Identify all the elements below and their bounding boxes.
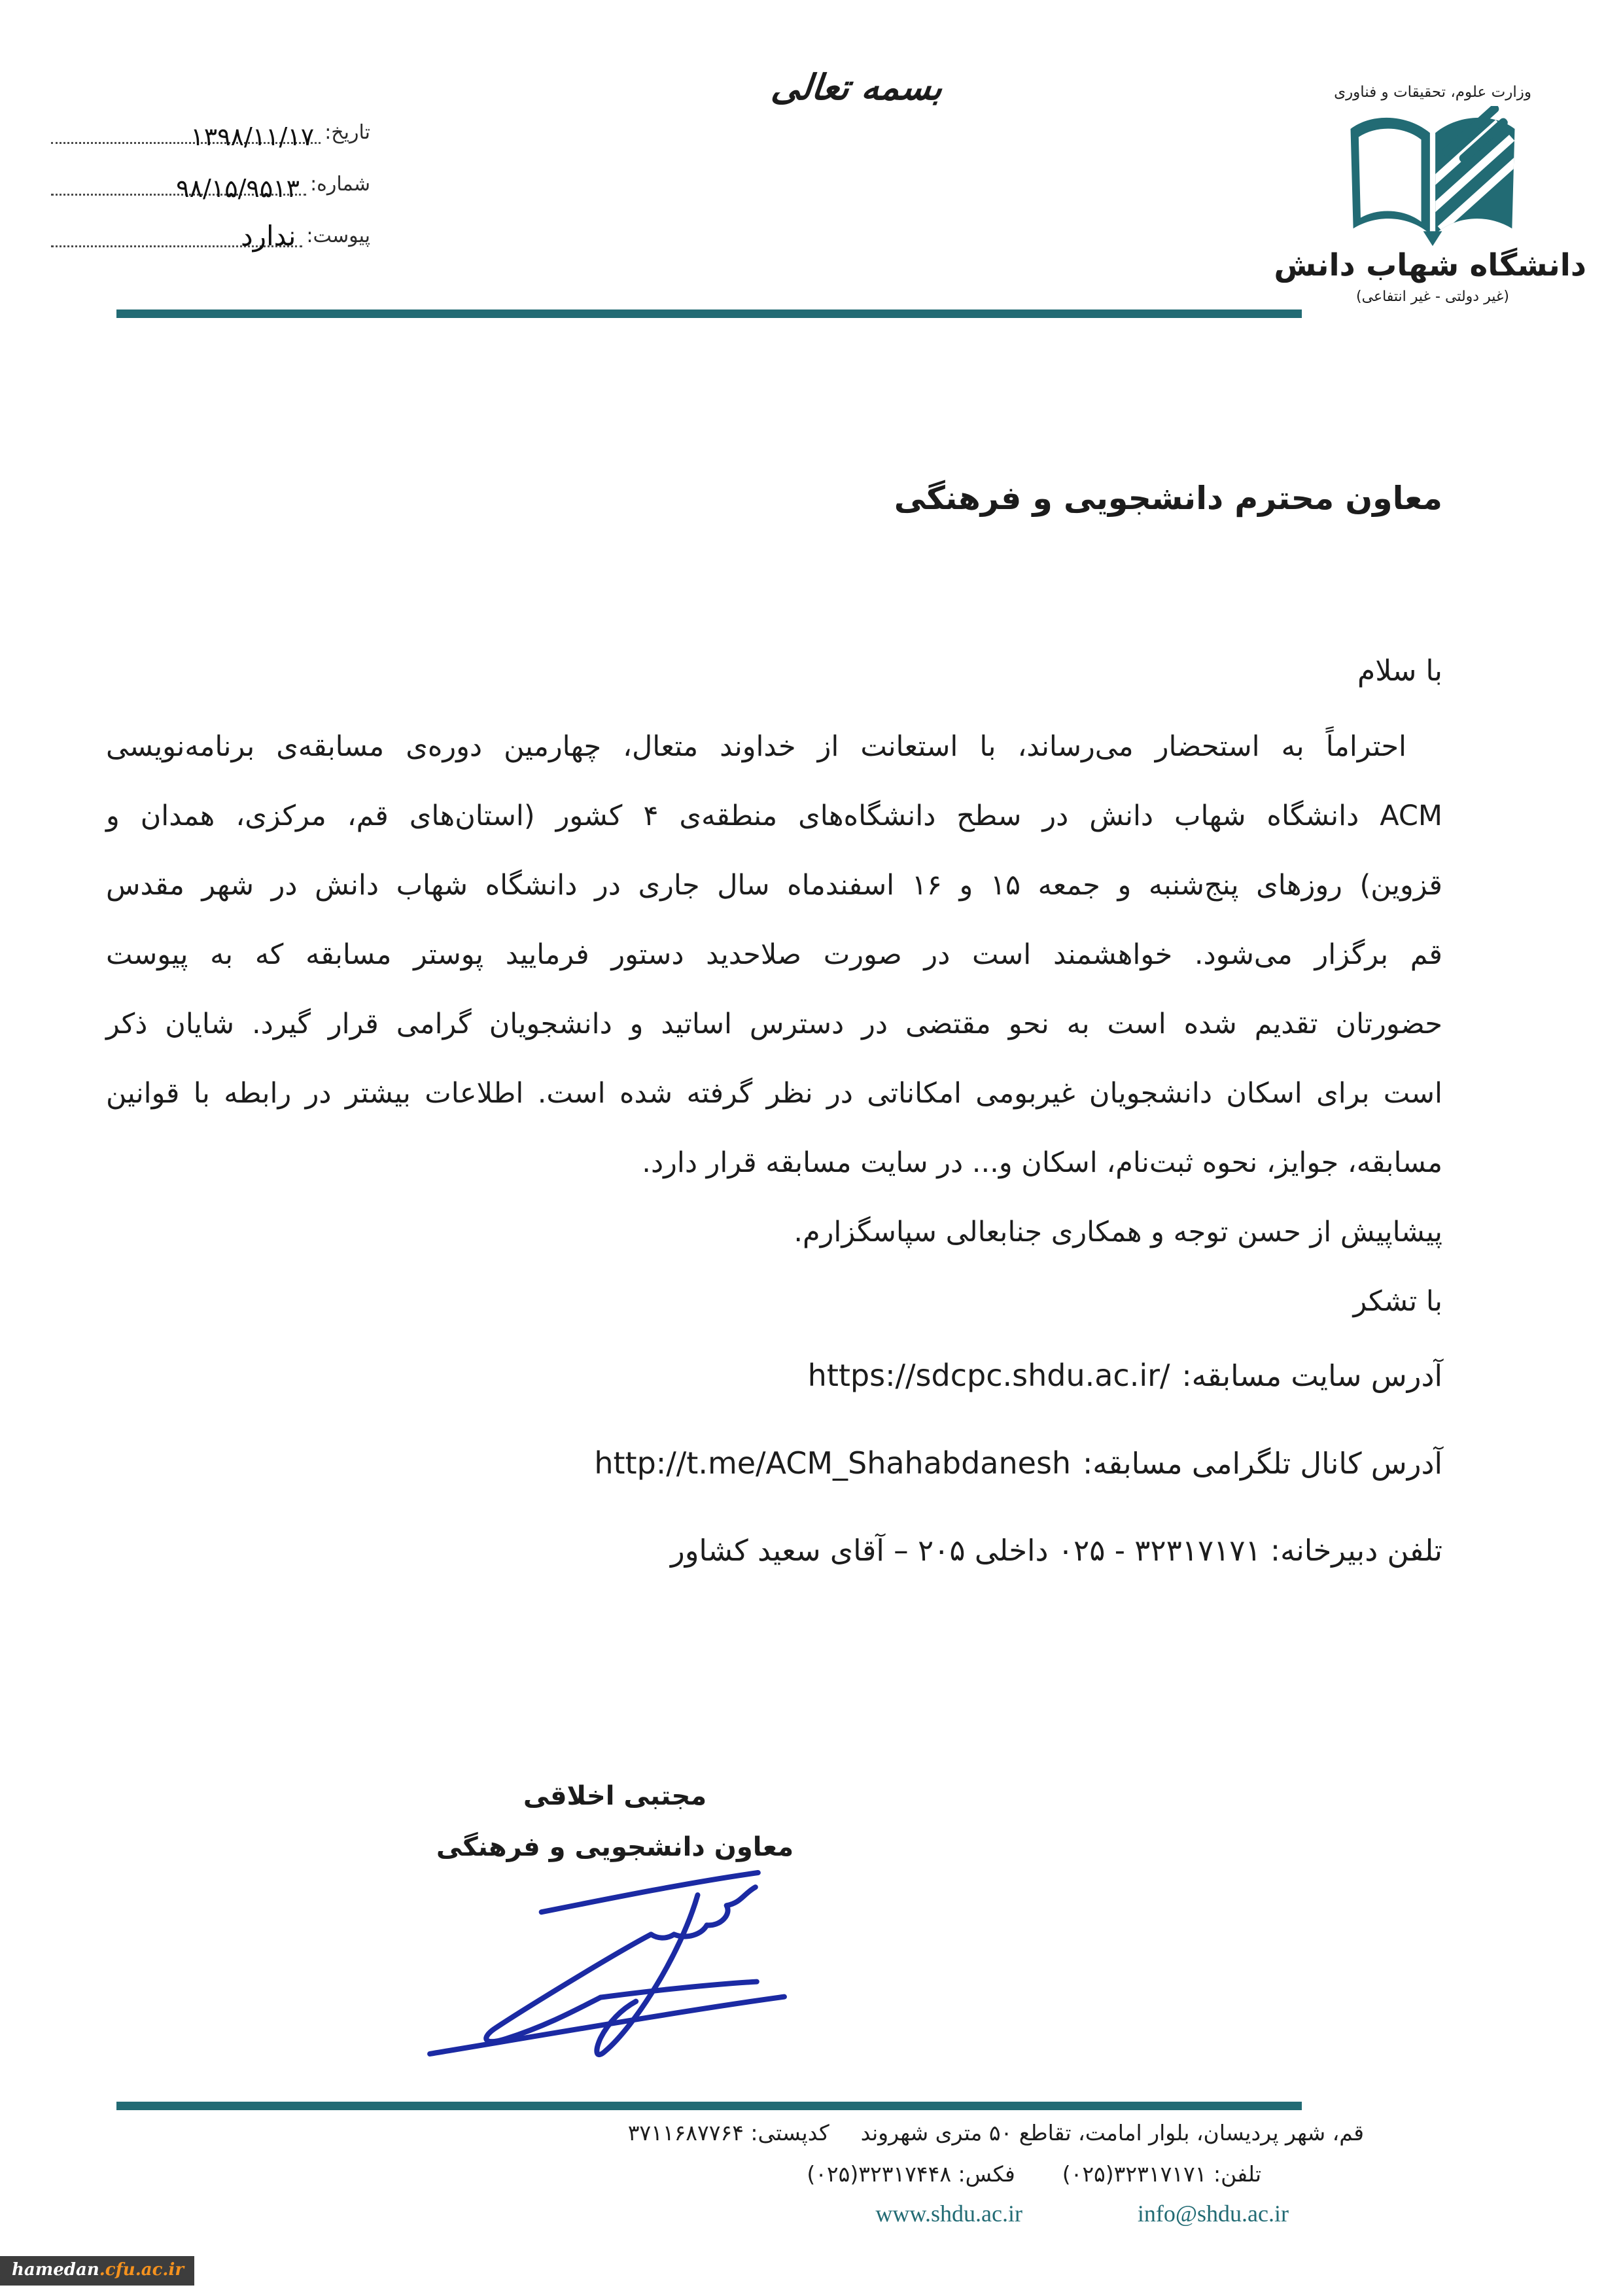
- footer-fax: فکس: ۳۲۳۱۷۴۴۸(۰۲۵): [807, 2161, 1015, 2187]
- watermark-site-name: hamedan: [12, 2260, 99, 2280]
- footer-phone-line: تلفن: ۳۲۳۱۷۱۷۱(۰۲۵) فکس: ۳۲۳۱۷۴۴۸(۰۲۵): [807, 2161, 1261, 2187]
- date-value: ۱۳۹۸/۱۱/۱۷: [190, 122, 314, 151]
- attachment-field: پیوست: ندارد: [51, 207, 370, 247]
- attachment-value: ندارد: [241, 220, 296, 252]
- letter-document: تاریخ: ۱۳۹۸/۱۱/۱۷ شماره: ۹۸/۱۵/۹۵۱۳ پیوس…: [0, 0, 1623, 2296]
- footer-email: info@shdu.ac.ir: [1138, 2200, 1289, 2227]
- telegram-channel-label: آدرس کانال تلگرامی مسابقه:: [1083, 1446, 1442, 1481]
- attachment-dotted-line: ندارد: [51, 218, 302, 247]
- letterhead-meta: تاریخ: ۱۳۹۸/۱۱/۱۷ شماره: ۹۸/۱۵/۹۵۱۳ پیوس…: [51, 103, 370, 258]
- closing-line: پیشاپیش از حسن توجه و همکاری جنابعالی سپ…: [106, 1197, 1442, 1267]
- watermark-badge: hamedan.cfu.ac.ir: [0, 2256, 194, 2286]
- telegram-channel-line: آدرس کانال تلگرامی مسابقه: http://t.me/A…: [594, 1445, 1442, 1491]
- date-label: تاریخ:: [324, 121, 370, 144]
- date-field: تاریخ: ۱۳۹۸/۱۱/۱۷: [51, 103, 370, 144]
- body-line: حضورتان تقدیم شده است به نحو مقتضی در دس…: [106, 989, 1442, 1059]
- footer-address: قم، شهر پردیسان، بلوار امامت، تقاطع ۵۰ م…: [861, 2120, 1364, 2146]
- number-label: شماره:: [310, 173, 370, 196]
- university-subtitle: (غیر دولتی - غیر انتفاعی): [1279, 289, 1586, 305]
- salutation: با سلام: [1357, 654, 1442, 688]
- body-line: احتراماً به استحضار می‌رساند، با استعانت…: [106, 712, 1442, 781]
- site-address-label: آدرس سایت مسابقه:: [1182, 1358, 1442, 1393]
- open-book-logo-icon: [1344, 106, 1522, 247]
- secretariat-phone-line: تلفن دبیرخانه: ۳۲۳۱۷۱۷۱ - ۰۲۵ داخلی ۲۰۵ …: [594, 1533, 1442, 1579]
- site-url: https://sdcpc.shdu.ac.ir/: [808, 1358, 1170, 1393]
- number-field: شماره: ۹۸/۱۵/۹۵۱۳: [51, 155, 370, 196]
- header-divider: [116, 309, 1302, 318]
- body-line: مسابقه، جوایز، نحوه ثبت‌نام، اسکان و... …: [106, 1128, 1442, 1197]
- site-address-line: آدرس سایت مسابقه: https://sdcpc.shdu.ac.…: [594, 1358, 1442, 1404]
- recipient-heading: معاون محترم دانشجویی و فرهنگی: [894, 480, 1442, 517]
- body-line: قزوین) روزهای پنج‌شنبه و جمعه ۱۵ و ۱۶ اس…: [106, 851, 1442, 920]
- telegram-url: http://t.me/ACM_Shahabdanesh: [594, 1445, 1071, 1481]
- footer-divider: [116, 2102, 1302, 2110]
- ministry-name: وزارت علوم، تحقیقات و فناوری: [1279, 84, 1586, 101]
- body-line: ACM دانشگاه شهاب دانش در سطح دانشگاه‌های…: [106, 781, 1442, 851]
- footer-website: www.shdu.ac.ir: [875, 2200, 1022, 2227]
- attachment-label: پیوست:: [306, 224, 370, 247]
- signer-title: معاون دانشجویی و فرهنگی: [419, 1832, 811, 1862]
- footer-postal-code: کدپستی: ۳۷۱۱۶۸۷۷۶۴: [628, 2120, 829, 2146]
- bismillah-heading: بسمه تعالی: [711, 67, 1003, 108]
- footer-address-line: قم، شهر پردیسان، بلوار امامت، تقاطع ۵۰ م…: [628, 2120, 1364, 2146]
- thanks-line: با تشکر: [106, 1267, 1442, 1336]
- signer-name: مجتبی اخلاقی: [451, 1781, 778, 1811]
- watermark-site-suffix: .cfu.ac.ir: [99, 2260, 184, 2280]
- handwritten-signature: [416, 1869, 792, 2062]
- university-logo-block: وزارت علوم، تحقیقات و فناوری: [1279, 84, 1586, 305]
- body-line: قم برگزار می‌شود. خواهشمند است در صورت ص…: [106, 920, 1442, 989]
- number-dotted-line: ۹۸/۱۵/۹۵۱۳: [51, 166, 306, 196]
- number-value: ۹۸/۱۵/۹۵۱۳: [176, 174, 300, 203]
- body-line: است برای اسکان دانشجویان غیربومی امکانات…: [106, 1059, 1442, 1128]
- contact-info: آدرس سایت مسابقه: https://sdcpc.shdu.ac.…: [594, 1358, 1442, 1621]
- letter-body: احتراماً به استحضار می‌رساند، با استعانت…: [106, 712, 1442, 1336]
- secretariat-phone: تلفن دبیرخانه: ۳۲۳۱۷۱۷۱ - ۰۲۵ داخلی ۲۰۵ …: [671, 1533, 1442, 1568]
- footer-phone: تلفن: ۳۲۳۱۷۱۷۱(۰۲۵): [1062, 2161, 1261, 2187]
- date-dotted-line: ۱۳۹۸/۱۱/۱۷: [51, 115, 321, 144]
- university-name: دانشگاه شهاب دانش: [1279, 247, 1586, 283]
